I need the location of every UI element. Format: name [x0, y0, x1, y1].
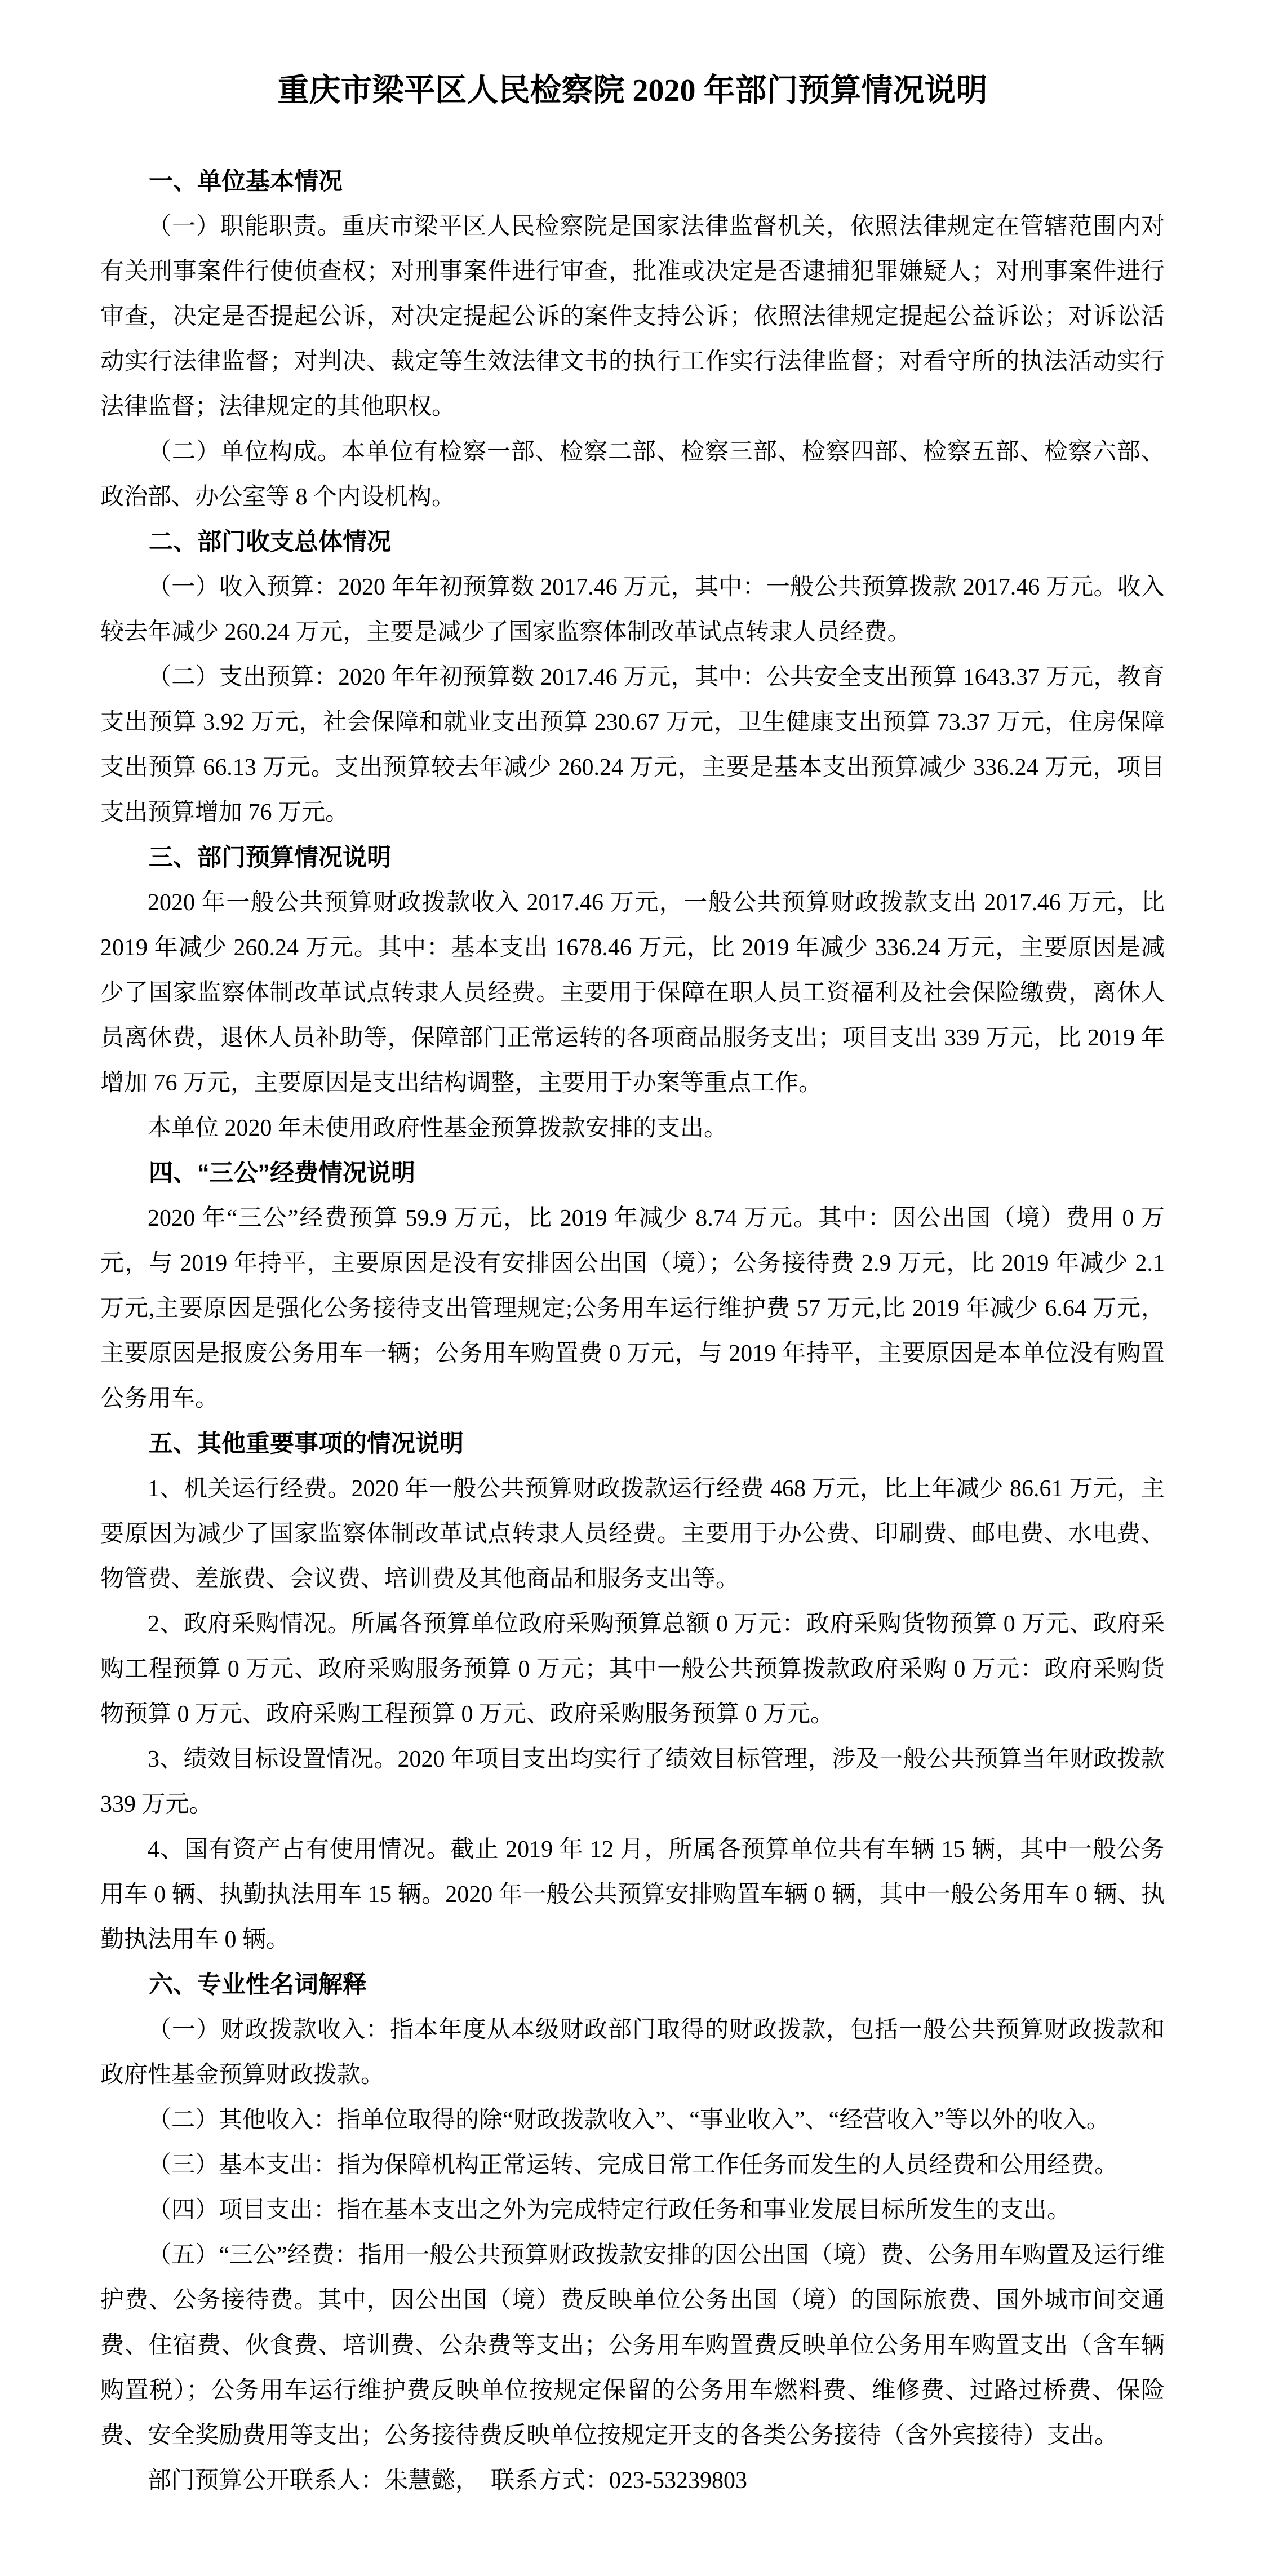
section-6-paragraph-1: （一）财政拨款收入：指本年度从本级财政部门取得的财政拨款，包括一般公共预算财政拨… [100, 2007, 1165, 2098]
section-3-paragraph-1: 2020 年一般公共预算财政拨款收入 2017.46 万元，一般公共预算财政拨款… [100, 880, 1165, 1106]
section-5-paragraph-3: 3、绩效目标设置情况。2020 年项目支出均实行了绩效目标管理，涉及一般公共预算… [100, 1737, 1165, 1827]
section-heading-2: 二、部门收支总体情况 [100, 520, 1165, 565]
section-heading-5: 五、其他重要事项的情况说明 [100, 1421, 1165, 1466]
section-6-paragraph-3: （三）基本支出：指为保障机构正常运转、完成日常工作任务而发生的人员经费和公用经费… [100, 2143, 1165, 2188]
section-6-paragraph-2: （二）其他收入：指单位取得的除“财政拨款收入”、“事业收入”、“经营收入”等以外… [100, 2098, 1165, 2143]
section-heading-1: 一、单位基本情况 [100, 159, 1165, 204]
section-1-paragraph-2: （二）单位构成。本单位有检察一部、检察二部、检察三部、检察四部、检察五部、检察六… [100, 429, 1165, 520]
section-5-paragraph-1: 1、机关运行经费。2020 年一般公共预算财政拨款运行经费 468 万元，比上年… [100, 1466, 1165, 1602]
section-heading-4: 四、“三公”经费情况说明 [100, 1151, 1165, 1196]
page-title: 重庆市梁平区人民检察院 2020 年部门预算情况说明 [100, 72, 1165, 109]
section-5-paragraph-4: 4、国有资产占有使用情况。截止 2019 年 12 月，所属各预算单位共有车辆 … [100, 1827, 1165, 1962]
section-6-paragraph-4: （四）项目支出：指在基本支出之外为完成特定行政任务和事业发展目标所发生的支出。 [100, 2188, 1165, 2233]
section-4-paragraph-1: 2020 年“三公”经费预算 59.9 万元，比 2019 年减少 8.74 万… [100, 1196, 1165, 1421]
section-heading-6: 六、专业性名词解释 [100, 1962, 1165, 2007]
contact-line: 部门预算公开联系人：朱慧懿， 联系方式：023-53239803 [100, 2458, 1165, 2503]
section-1-paragraph-1: （一）职能职责。重庆市梁平区人民检察院是国家法律监督机关，依照法律规定在管辖范围… [100, 204, 1165, 429]
section-5-paragraph-2: 2、政府采购情况。所属各预算单位政府采购预算总额 0 万元：政府采购货物预算 0… [100, 1602, 1165, 1737]
section-2-paragraph-1: （一）收入预算：2020 年年初预算数 2017.46 万元，其中：一般公共预算… [100, 565, 1165, 655]
section-heading-3: 三、部门预算情况说明 [100, 835, 1165, 880]
budget-document-page: 重庆市梁平区人民检察院 2020 年部门预算情况说明 一、单位基本情况 （一）职… [0, 0, 1265, 2576]
section-2-paragraph-2: （二）支出预算：2020 年年初预算数 2017.46 万元，其中：公共安全支出… [100, 655, 1165, 835]
section-6-paragraph-5: （五）“三公”经费：指用一般公共预算财政拨款安排的因公出国（境）费、公务用车购置… [100, 2233, 1165, 2458]
section-3-paragraph-2: 本单位 2020 年未使用政府性基金预算拨款安排的支出。 [100, 1106, 1165, 1151]
